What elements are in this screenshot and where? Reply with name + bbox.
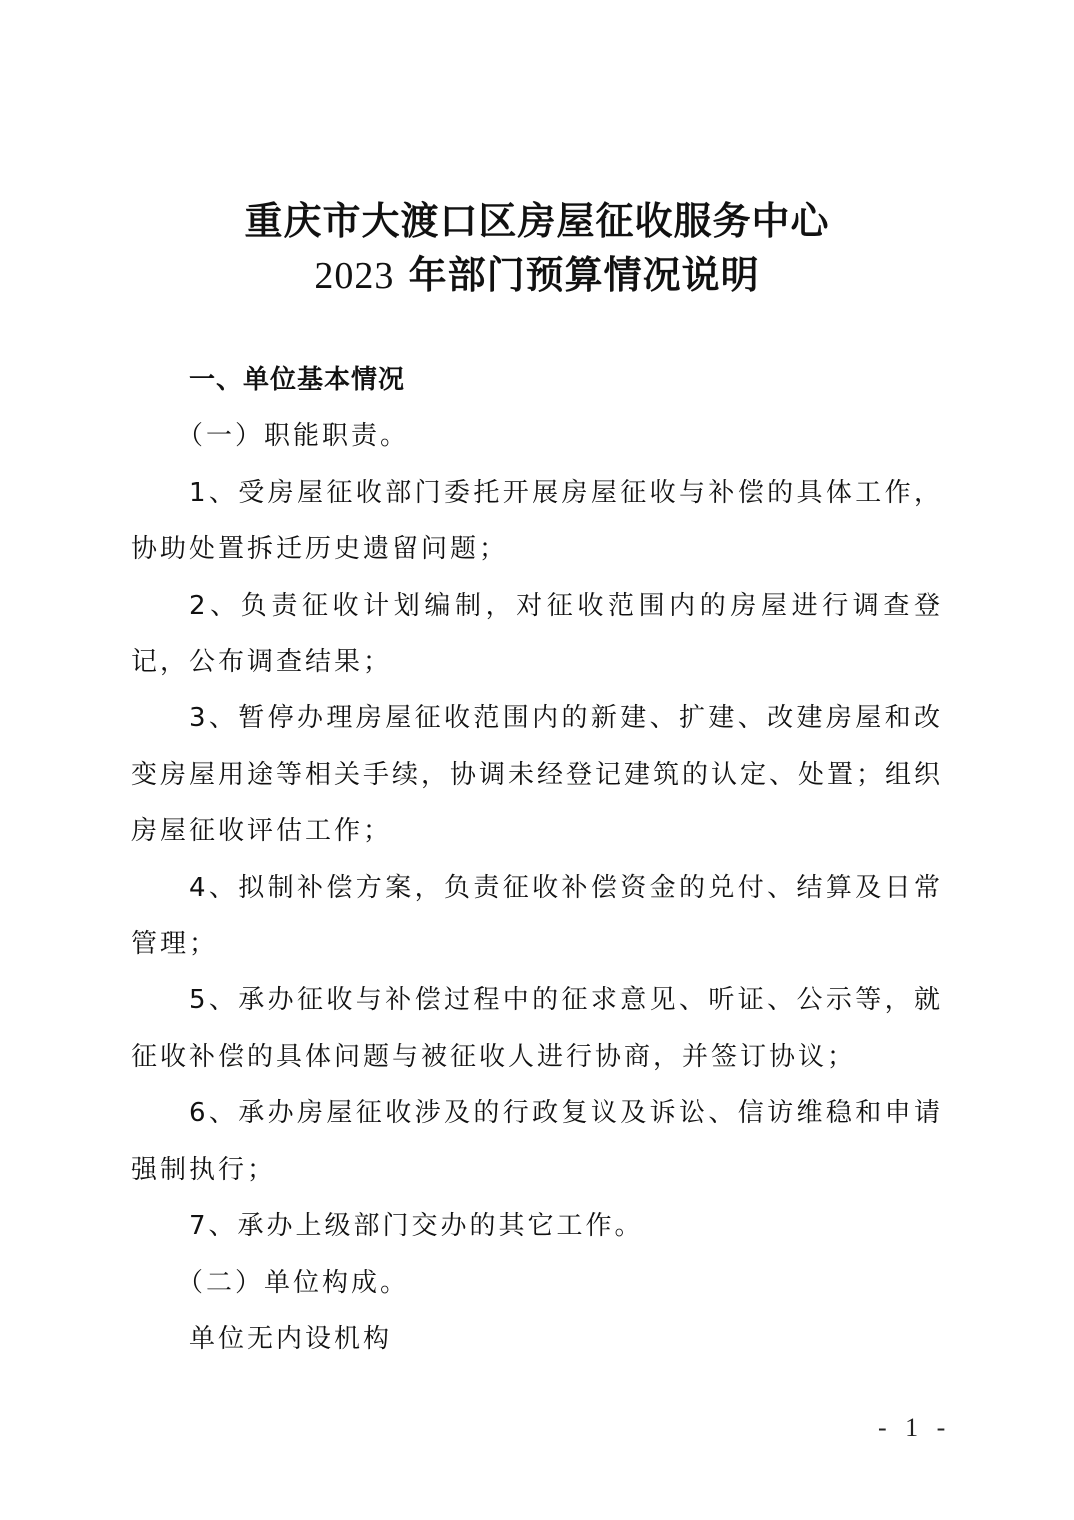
duty-item-1: 1、受房屋征收部门委托开展房屋征收与补偿的具体工作，协助处置拆迁历史遗留问题； [131,465,943,578]
subsection-heading-structure: （二）单位构成。 [131,1255,943,1311]
structure-text: 单位无内设机构 [131,1311,943,1367]
duty-item-5: 5、承办征收与补偿过程中的征求意见、听证、公示等，就征收补偿的具体问题与被征收人… [131,972,943,1085]
title-rest: 年部门预算情况说明 [394,252,759,297]
document-page: 重庆市大渡口区房屋征收服务中心 2023 年部门预算情况说明 一、单位基本情况 … [0,0,1074,1520]
document-title-line2: 2023 年部门预算情况说明 [0,244,1074,299]
document-title-line1: 重庆市大渡口区房屋征收服务中心 [0,190,1074,245]
duty-item-7: 7、承办上级部门交办的其它工作。 [131,1198,943,1254]
duty-item-4: 4、拟制补偿方案，负责征收补偿资金的兑付、结算及日常管理； [131,860,943,973]
title-year: 2023 [314,255,394,297]
page-number: - 1 - [878,1413,951,1443]
duty-item-6: 6、承办房屋征收涉及的行政复议及诉讼、信访维稳和申请强制执行； [131,1085,943,1198]
document-body: 一、单位基本情况 （一）职能职责。 1、受房屋征收部门委托开展房屋征收与补偿的具… [131,352,943,1367]
section-heading-basic-info: 一、单位基本情况 [131,352,943,408]
duty-item-3: 3、暂停办理房屋征收范围内的新建、扩建、改建房屋和改变房屋用途等相关手续，协调未… [131,690,943,859]
duty-item-2: 2、负责征收计划编制，对征收范围内的房屋进行调查登记，公布调查结果； [131,578,943,691]
subsection-heading-duties: （一）职能职责。 [131,408,943,464]
